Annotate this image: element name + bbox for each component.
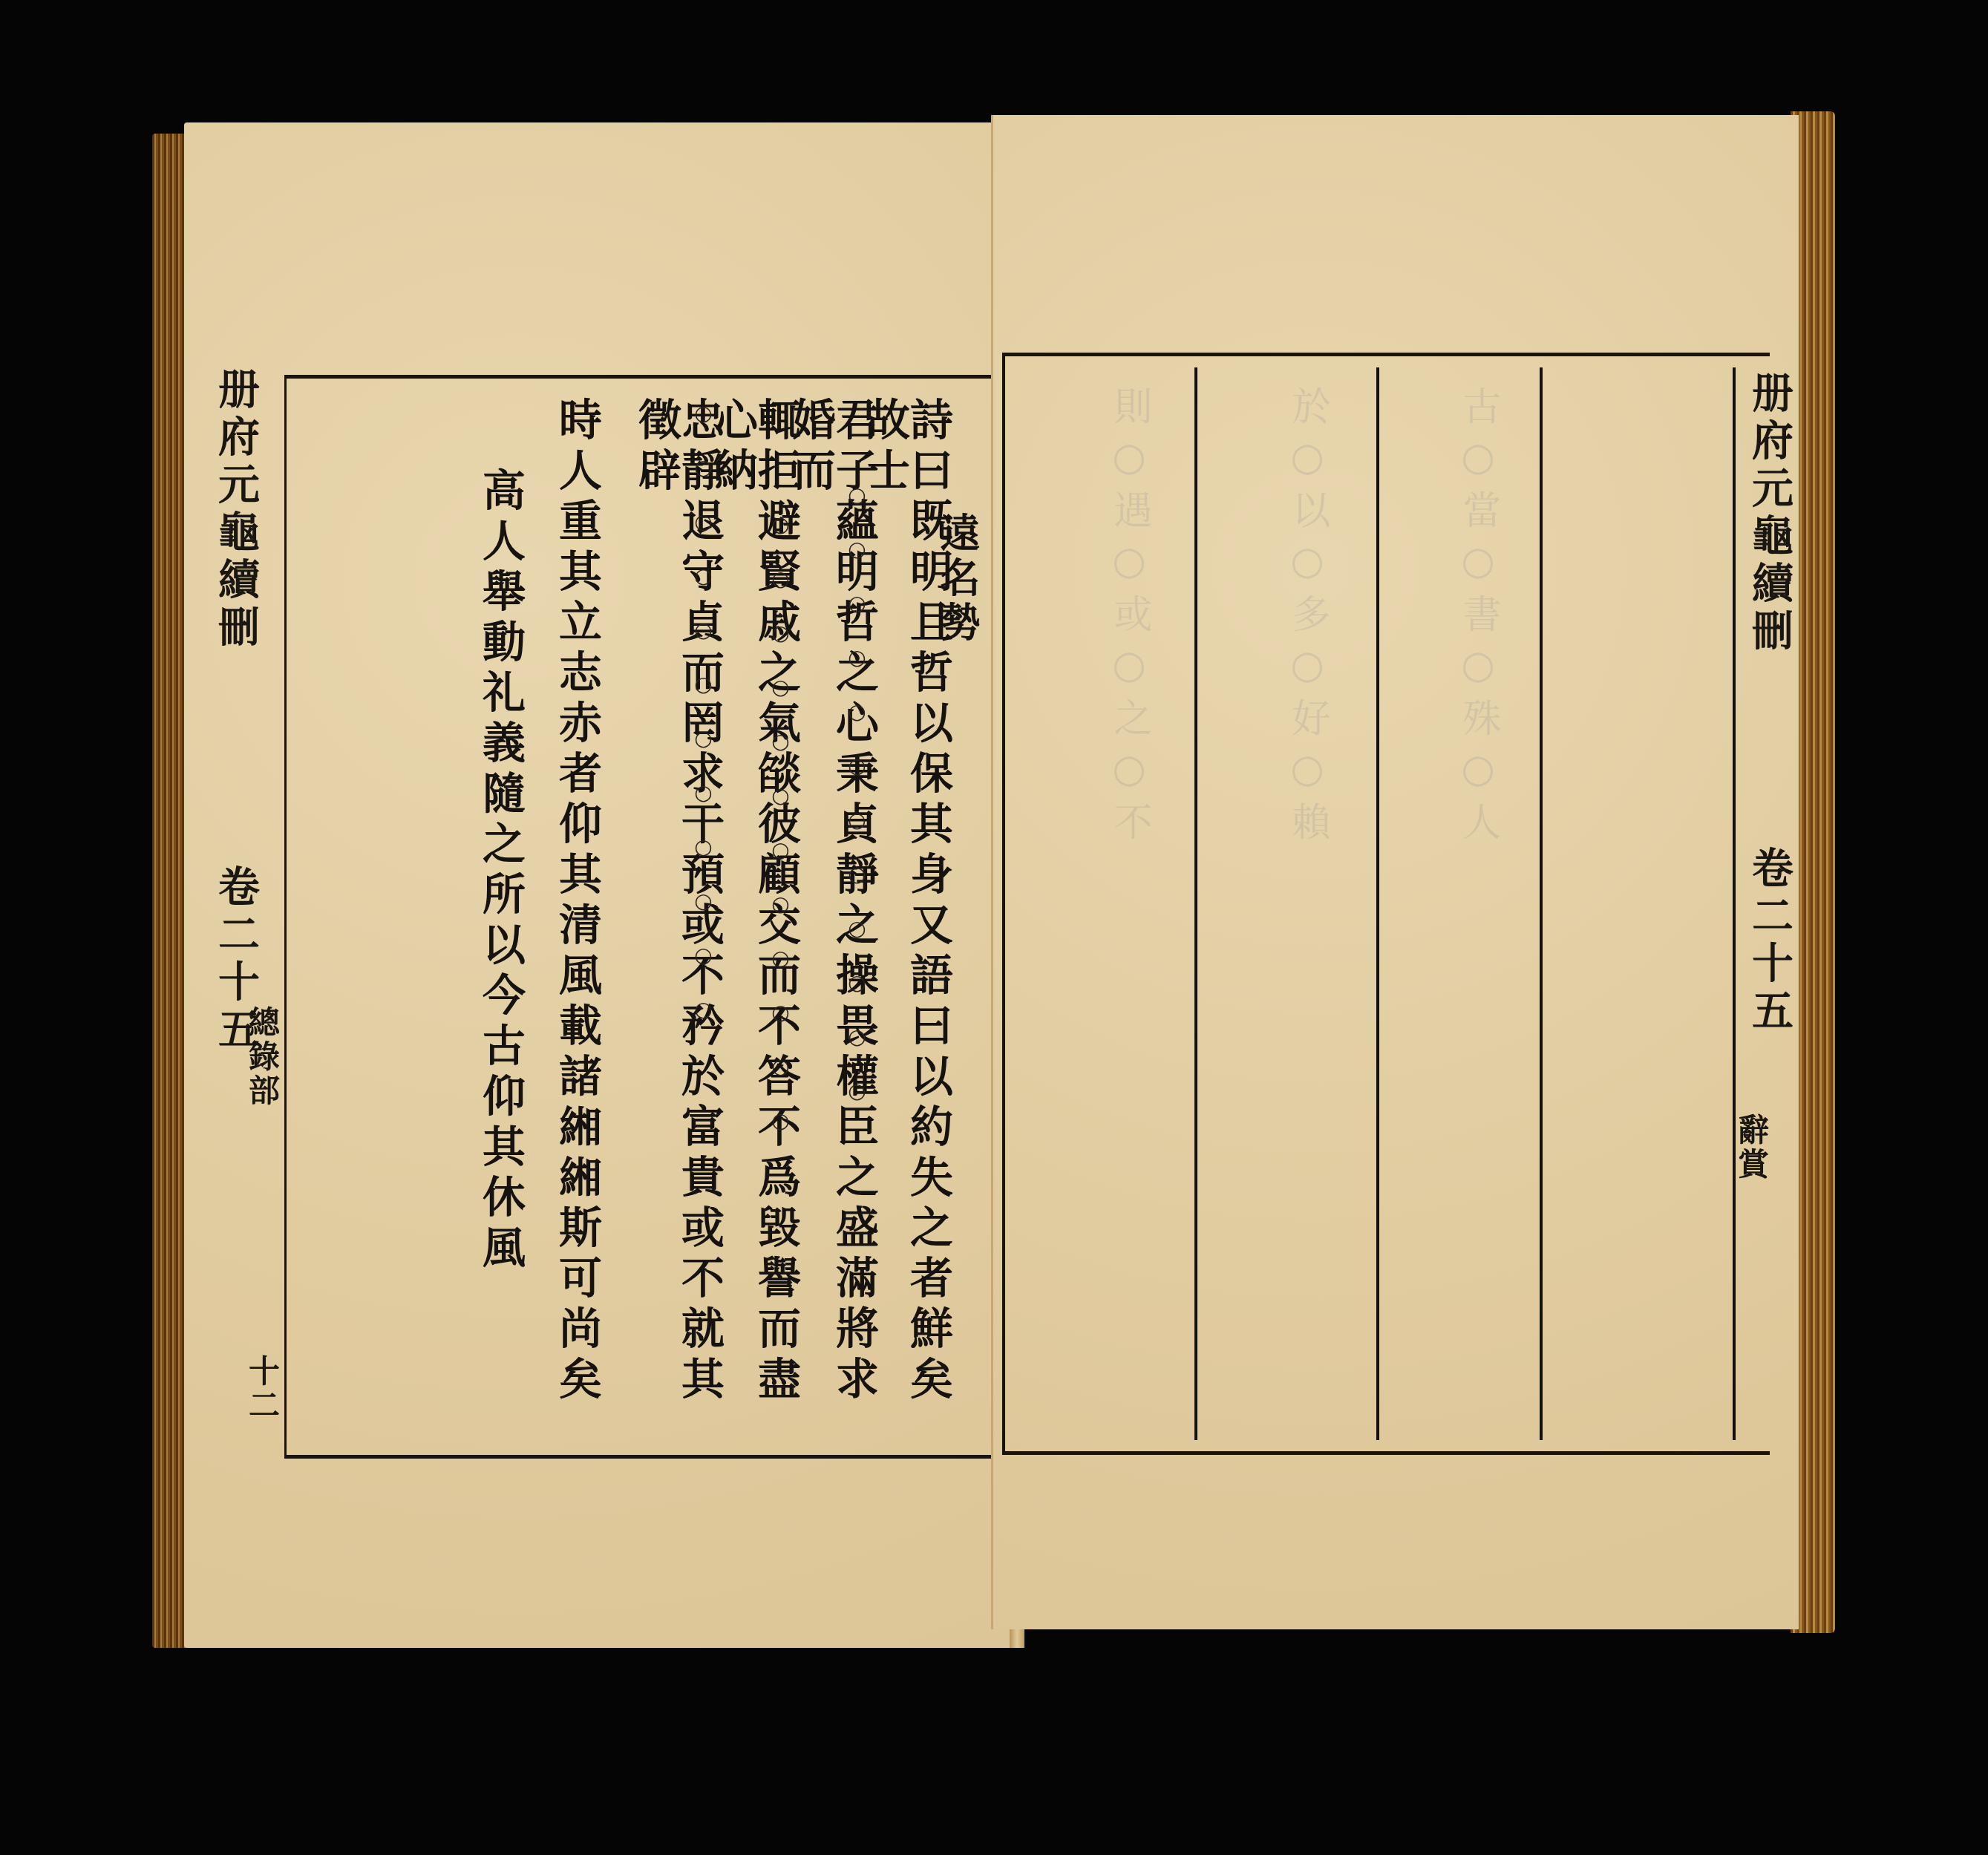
bleed-through-text: 則○遇○或○之○不 <box>1102 386 1157 851</box>
right-margin-section: 辭賞 <box>1729 1113 1773 1182</box>
annotation-circles-3: ○○○○○○○○○○○○ <box>691 401 716 1051</box>
open-book: 册府元龜續刪 卷二十五 總錄部 十二 遠名勢 詩曰既明且哲以保其身又語曰以約失之… <box>148 111 1841 1670</box>
annotation-circles-2: ○○○○○○○○○○○○ <box>768 512 793 1162</box>
right-margin-volume: 卷二十五 <box>1740 846 1799 1036</box>
frame-inner-rule <box>284 379 287 1455</box>
column-rule <box>1733 367 1736 1440</box>
column-rule <box>1376 367 1379 1440</box>
column-rule <box>1540 367 1543 1440</box>
page-number: 十二 <box>240 1355 284 1423</box>
annotation-circles-1: ○○○○○○○○○○○○ <box>845 482 869 1133</box>
right-margin-title: 册府元龜續刪 <box>1740 371 1799 656</box>
bleed-through-text: 於○以○多○好○賴 <box>1280 386 1335 851</box>
text-column-5: 時人重其立志赤者仰其清風載諸緗緗斯可尚矣 <box>555 397 598 1407</box>
text-column-6: 高人舉動礼義隨之所以今古仰其休風 <box>479 468 522 1275</box>
left-page: 册府元龜續刪 卷二十五 總錄部 十二 遠名勢 詩曰既明且哲以保其身又語曰以約失之… <box>184 122 1019 1648</box>
left-text-frame: 遠名勢 詩曰既明且哲以保其身又語曰以約失之者鮮矣故士 君子蘊明哲之心秉貞靜之操畏… <box>284 375 1004 1459</box>
bleed-through-text: 古○當○書○殊○人 <box>1451 386 1506 851</box>
left-margin-section: 總錄部 <box>240 1006 284 1108</box>
left-page-edges <box>152 134 188 1648</box>
left-margin-title: 册府元龜續刪 <box>206 367 266 652</box>
column-rule <box>1194 367 1197 1440</box>
right-text-frame: 則○遇○或○之○不 於○以○多○好○賴 古○當○書○殊○人 册府元龜續刪 卷二十… <box>1002 353 1770 1455</box>
